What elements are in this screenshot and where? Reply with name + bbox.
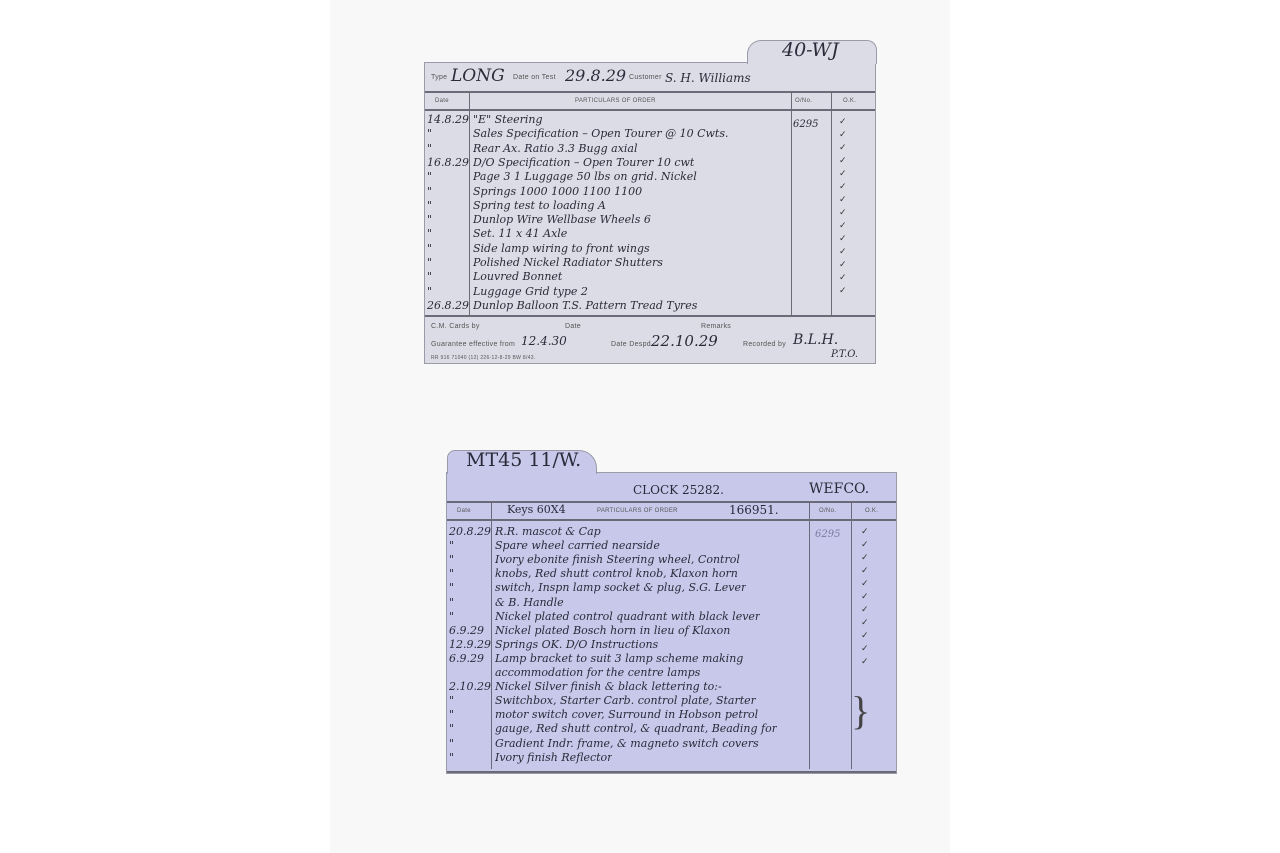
- row-date: ": [449, 708, 491, 722]
- order-row: "Louvred Bonnet: [425, 270, 829, 284]
- order-row: "Side lamp wiring to front wings: [425, 242, 829, 256]
- pto: P.T.O.: [831, 349, 858, 360]
- ok-ticks: ✓✓✓✓✓✓✓✓✓✓✓: [861, 525, 868, 668]
- row-particulars: gauge, Red shutt control, & quadrant, Be…: [495, 722, 777, 736]
- order-row: "Spring test to loading A: [425, 199, 829, 213]
- order-row: "Set. 11 x 41 Axle: [425, 227, 829, 241]
- row-particulars: D/O Specification – Open Tourer 10 cwt: [473, 156, 694, 170]
- type-value: LONG: [451, 66, 505, 86]
- row-date: 20.8.29: [449, 525, 491, 539]
- date-on-test: 29.8.29: [565, 66, 626, 85]
- row-particulars: Louvred Bonnet: [473, 270, 562, 284]
- row-particulars: Ivory ebonite finish Steering wheel, Con…: [495, 553, 740, 567]
- row-date: ": [449, 596, 491, 610]
- card-tab: MT45 11/W.: [447, 450, 597, 474]
- row-date: ": [427, 142, 469, 156]
- order-row: "& B. Handle: [447, 596, 848, 610]
- row-date: ": [449, 539, 491, 553]
- row-particulars: Polished Nickel Radiator Shutters: [473, 256, 663, 270]
- column-headers: Date PARTICULARS OF ORDER O/No. O.K.: [425, 93, 875, 109]
- card-header: Type LONG Date on Test 29.8.29 Customer …: [425, 63, 875, 91]
- order-row: "gauge, Red shutt control, & quadrant, B…: [447, 722, 848, 736]
- order-row: 2.10.29Nickel Silver finish & black lett…: [447, 680, 848, 694]
- order-reference: 166951.: [729, 503, 779, 517]
- card-footer: C.M. Cards by Date Remarks Guarantee eff…: [425, 317, 875, 363]
- customer: S. H. Williams: [665, 71, 751, 85]
- row-date: ": [427, 127, 469, 141]
- row-particulars: Springs 1000 1000 1100 1100: [473, 185, 642, 199]
- row-date: ": [449, 722, 491, 736]
- order-row: 26.8.29Dunlop Balloon T.S. Pattern Tread…: [425, 299, 829, 313]
- bracket-mark: }: [851, 687, 869, 734]
- make-label: WEFCO.: [809, 481, 869, 497]
- tab-label: 40-WJ: [782, 39, 839, 61]
- row-date: 2.10.29: [449, 680, 491, 694]
- row-particulars: Lamp bracket to suit 3 lamp scheme makin…: [495, 652, 743, 666]
- order-row: "Luggage Grid type 2: [425, 285, 829, 299]
- order-row: 12.9.29Springs OK. D/O Instructions: [447, 638, 848, 652]
- row-particulars: Rear Ax. Ratio 3.3 Bugg axial: [473, 142, 638, 156]
- row-particulars: knobs, Red shutt control knob, Klaxon ho…: [495, 567, 738, 581]
- row-particulars: motor switch cover, Surround in Hobson p…: [495, 708, 758, 722]
- row-particulars: Spring test to loading A: [473, 199, 606, 213]
- row-date: ": [427, 242, 469, 256]
- row-date: ": [427, 185, 469, 199]
- row-particulars: Switchbox, Starter Carb. control plate, …: [495, 694, 756, 708]
- row-particulars: Side lamp wiring to front wings: [473, 242, 650, 256]
- row-particulars: Set. 11 x 41 Axle: [473, 227, 567, 241]
- row-date: ": [427, 213, 469, 227]
- order-row: "switch, Inspn lamp socket & plug, S.G. …: [447, 581, 848, 595]
- order-row: 6.9.29Nickel plated Bosch horn in lieu o…: [447, 624, 848, 638]
- row-date: ": [427, 256, 469, 270]
- tab-label: MT45 11/W.: [466, 449, 581, 471]
- chassis-card-top: 40-WJ Type LONG Date on Test 29.8.29 Cus…: [424, 62, 876, 364]
- order-row: "Nickel plated control quadrant with bla…: [447, 610, 848, 624]
- order-row: 16.8.29D/O Specification – Open Tourer 1…: [425, 156, 829, 170]
- row-particulars: R.R. mascot & Cap: [495, 525, 601, 539]
- row-particulars: accommodation for the centre lamps: [495, 666, 700, 680]
- recorded-by: B.L.H.: [793, 332, 838, 348]
- row-date: 14.8.29: [427, 113, 469, 127]
- row-date: ": [427, 199, 469, 213]
- order-row: accommodation for the centre lamps: [447, 666, 848, 680]
- date-despatched: 22.10.29: [651, 332, 718, 350]
- row-date: ": [449, 567, 491, 581]
- column-headers: Date Keys 60X4 PARTICULARS OF ORDER 1669…: [447, 503, 896, 519]
- row-particulars: Springs OK. D/O Instructions: [495, 638, 658, 652]
- order-row: "Gradient Indr. frame, & magneto switch …: [447, 737, 848, 751]
- order-row: "Ivory ebonite finish Steering wheel, Co…: [447, 553, 848, 567]
- order-row: "knobs, Red shutt control knob, Klaxon h…: [447, 567, 848, 581]
- row-particulars: Ivory finish Reflector: [495, 751, 612, 765]
- row-date: ": [427, 170, 469, 184]
- row-particulars: Dunlop Wire Wellbase Wheels 6: [473, 213, 651, 227]
- row-date: ": [449, 694, 491, 708]
- guarantee-date: 12.4.30: [521, 334, 567, 348]
- order-row: "Dunlop Wire Wellbase Wheels 6: [425, 213, 829, 227]
- row-date: ": [449, 553, 491, 567]
- row-particulars: "E" Steering: [473, 113, 543, 127]
- row-particulars: Luggage Grid type 2: [473, 285, 588, 299]
- row-date: 6.9.29: [449, 624, 491, 638]
- order-row: "Springs 1000 1000 1100 1100: [425, 185, 829, 199]
- order-row: "Rear Ax. Ratio 3.3 Bugg axial: [425, 142, 829, 156]
- order-row: 14.8.29"E" Steering: [425, 113, 829, 127]
- row-particulars: Gradient Indr. frame, & magneto switch c…: [495, 737, 759, 751]
- row-particulars: Sales Specification – Open Tourer @ 10 C…: [473, 127, 728, 141]
- chassis-card-bottom: MT45 11/W. CLOCK 25282. WEFCO. Date Keys…: [446, 472, 897, 774]
- row-particulars: Nickel plated control quadrant with blac…: [495, 610, 760, 624]
- row-date: 12.9.29: [449, 638, 491, 652]
- card-tab: 40-WJ: [747, 40, 877, 64]
- clock-number: CLOCK 25282.: [633, 483, 724, 497]
- order-row: 6.9.29Lamp bracket to suit 3 lamp scheme…: [447, 652, 848, 666]
- row-date: ": [449, 737, 491, 751]
- order-row: "Polished Nickel Radiator Shutters: [425, 256, 829, 270]
- row-date: 26.8.29: [427, 299, 469, 313]
- ok-ticks: ✓✓✓✓✓✓✓✓✓✓✓✓✓✓: [839, 115, 846, 297]
- row-particulars: switch, Inspn lamp socket & plug, S.G. L…: [495, 581, 746, 595]
- order-row: "Ivory finish Reflector: [447, 751, 848, 765]
- order-row: "Spare wheel carried nearside: [447, 539, 848, 553]
- row-date: 16.8.29: [427, 156, 469, 170]
- row-date: ": [449, 610, 491, 624]
- row-date: 6.9.29: [449, 652, 491, 666]
- row-date: ": [449, 581, 491, 595]
- keys-number: Keys 60X4: [507, 503, 566, 516]
- order-row: 20.8.29R.R. mascot & Cap: [447, 525, 848, 539]
- row-date: ": [427, 227, 469, 241]
- row-particulars: Nickel plated Bosch horn in lieu of Klax…: [495, 624, 730, 638]
- order-row: "Page 3 1 Luggage 50 lbs on grid. Nickel: [425, 170, 829, 184]
- row-particulars: Dunlop Balloon T.S. Pattern Tread Tyres: [473, 299, 697, 313]
- row-particulars: & B. Handle: [495, 596, 564, 610]
- row-date: ": [449, 751, 491, 765]
- row-date: ": [427, 270, 469, 284]
- row-date: ": [427, 285, 469, 299]
- row-particulars: Spare wheel carried nearside: [495, 539, 660, 553]
- order-row: "Switchbox, Starter Carb. control plate,…: [447, 694, 848, 708]
- row-particulars: Page 3 1 Luggage 50 lbs on grid. Nickel: [473, 170, 697, 184]
- order-row: "motor switch cover, Surround in Hobson …: [447, 708, 848, 722]
- order-row: "Sales Specification – Open Tourer @ 10 …: [425, 127, 829, 141]
- row-particulars: Nickel Silver finish & black lettering t…: [495, 680, 722, 694]
